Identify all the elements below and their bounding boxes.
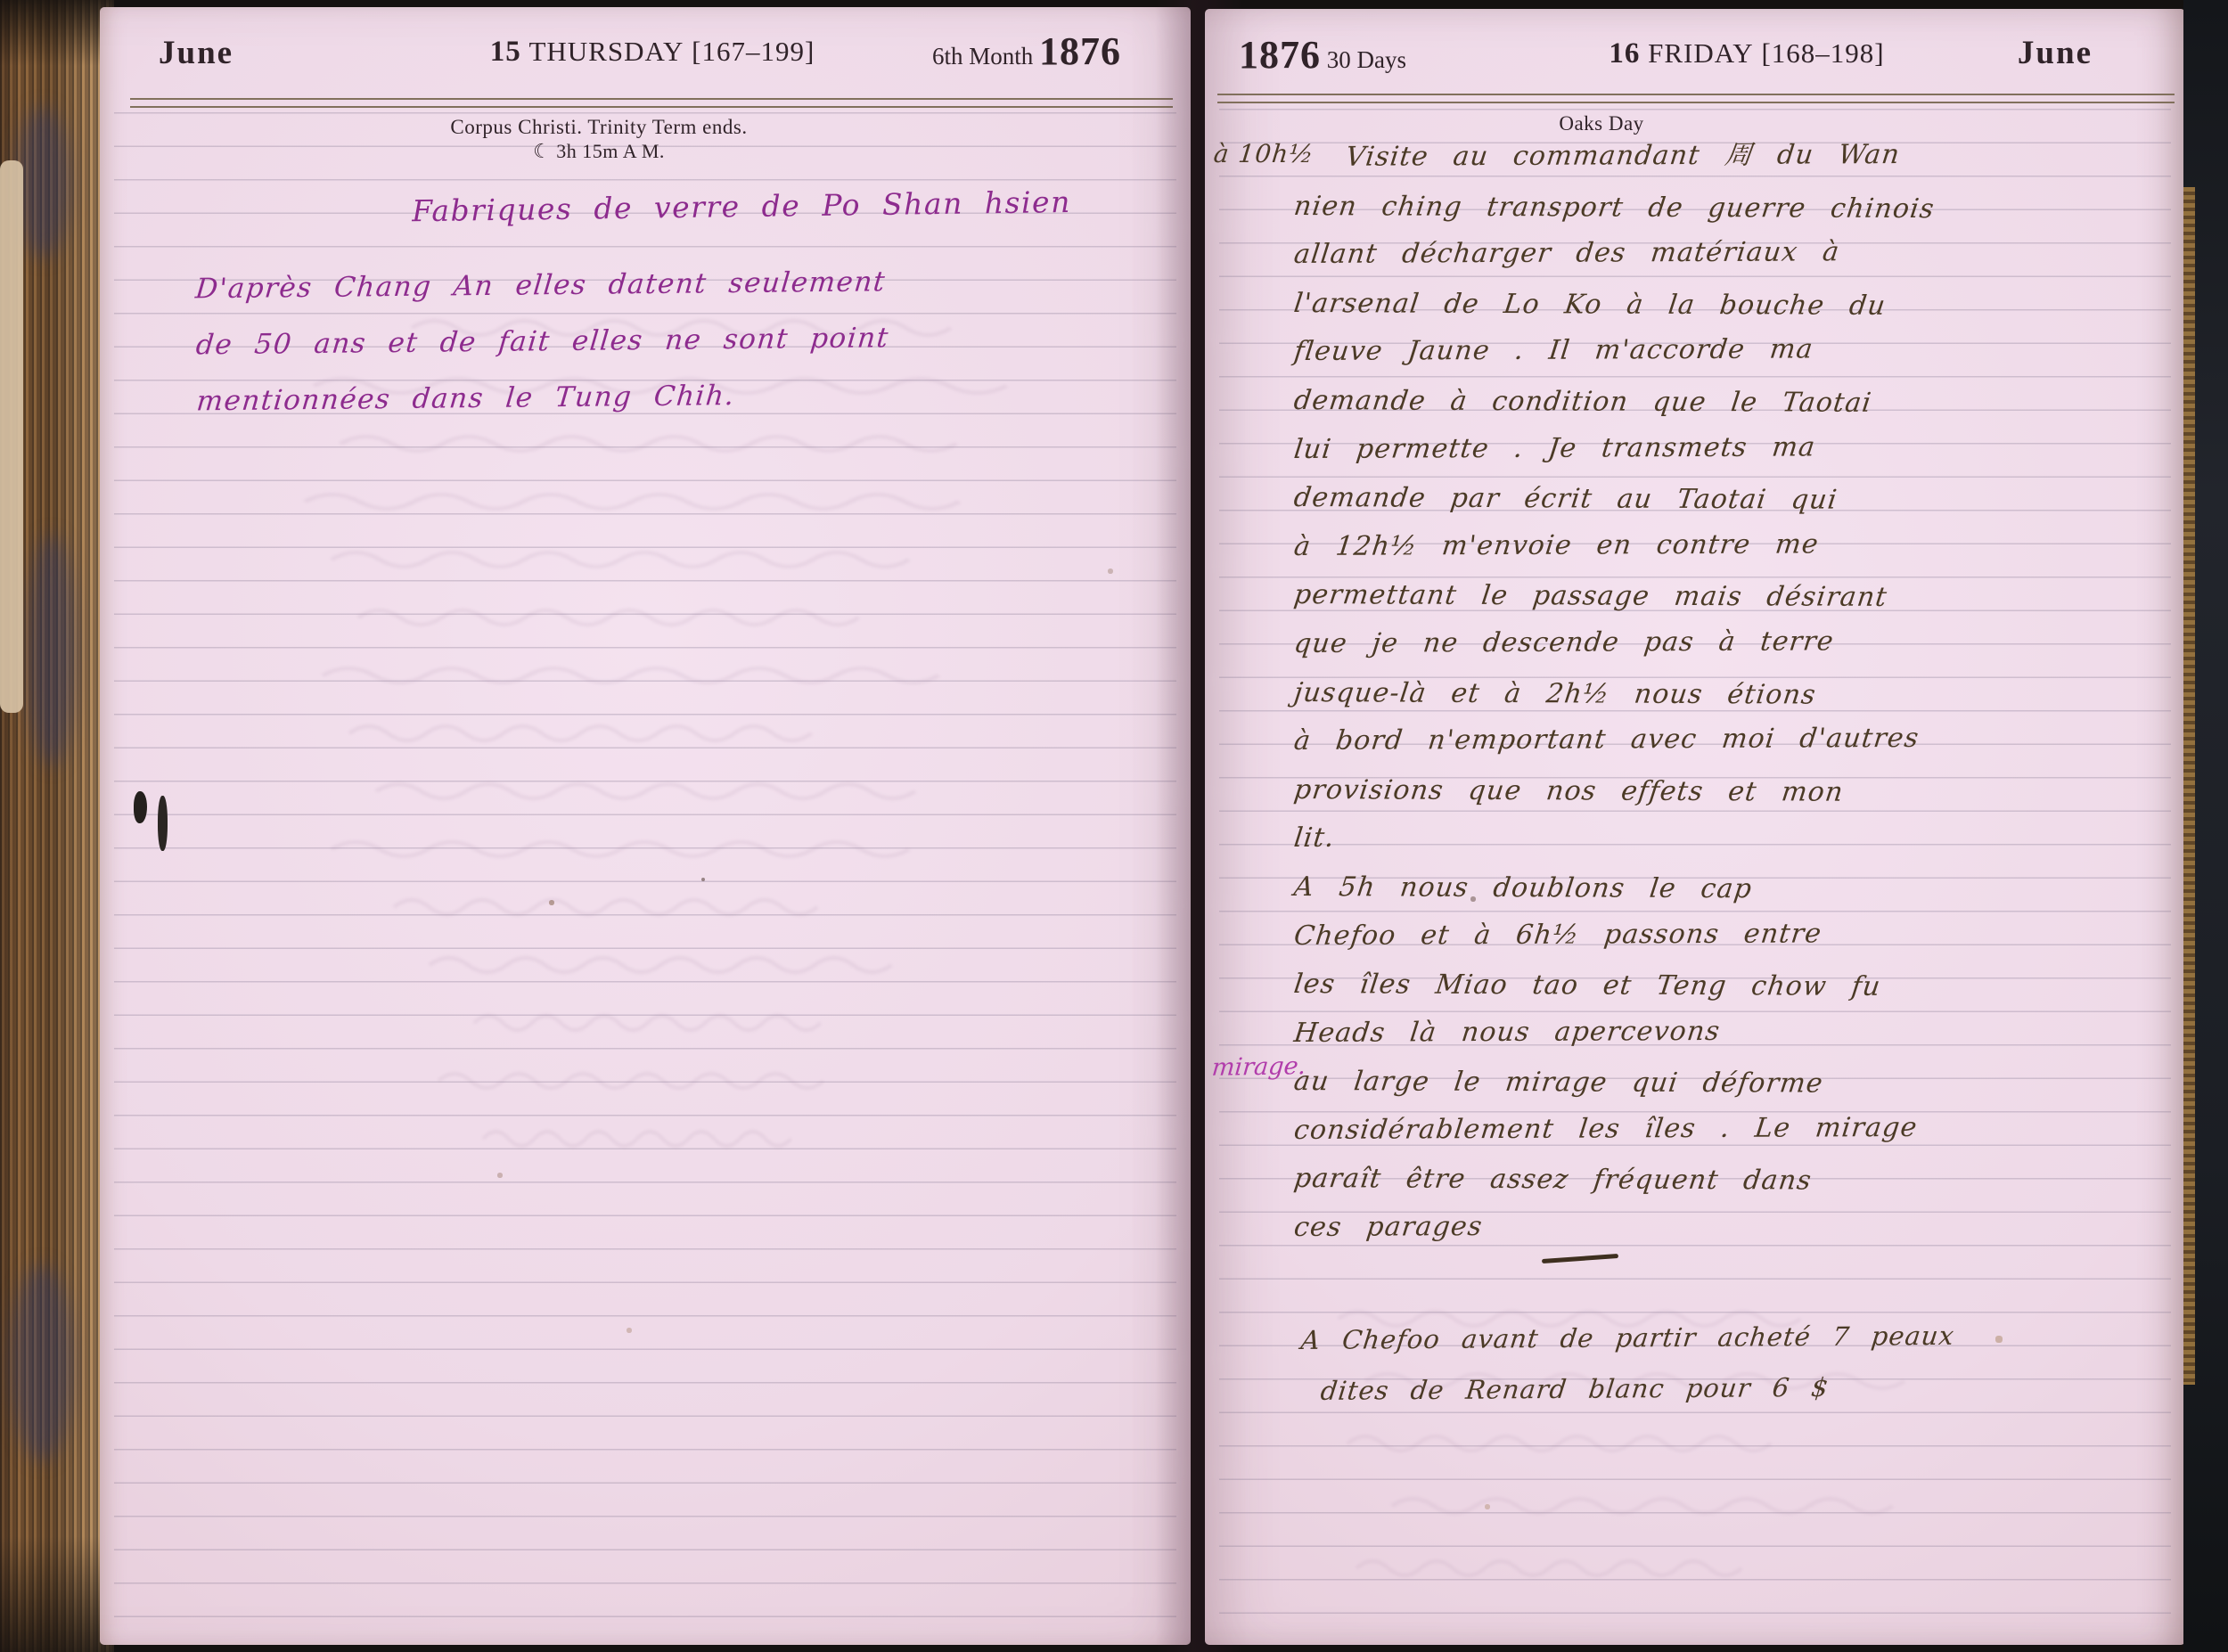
entry-line: lit. <box>1291 811 2189 863</box>
entry-line: Visite au commandant 周 du Wan <box>1291 130 2189 183</box>
entry-line: A 5h nous doublons le cap <box>1291 863 2188 916</box>
diary-scan: June 15 THURSDAY [167–199] 6th Month 187… <box>0 0 2228 1652</box>
day-span: [167–199] <box>692 36 815 67</box>
entry-line: à bord n'emportant avec moi d'autres <box>1291 714 2189 766</box>
header-rule <box>1217 94 2175 103</box>
header-rule <box>130 98 1173 108</box>
entry-line: considérablement les îles . Le mirage <box>1291 1103 2189 1156</box>
entry-line: que je ne descende pas à terre <box>1291 617 2189 669</box>
page-edge-sliver <box>0 160 23 713</box>
entry-line: de 50 ans et de fait elles ne sont point <box>193 308 1108 374</box>
ink-stain <box>11 1265 73 1461</box>
day-number: 16 <box>1609 37 1640 70</box>
entry-right-footer: A Chefoo avant de partir acheté 7 peauxd… <box>1301 1315 2157 1417</box>
day-span: [168–198] <box>1761 37 1884 69</box>
year-group-left: 6th Month 1876 <box>932 29 1121 74</box>
ink-stain <box>16 107 70 258</box>
foxing-specks <box>0 0 2 2</box>
entry-line: A Chefoo avant de partir acheté 7 peaux <box>1298 1309 2160 1366</box>
entry-right: Visite au commandant 周 du Wannien ching … <box>1294 134 2185 1253</box>
entry-line: demande par écrit au Taotai qui <box>1291 474 2188 527</box>
entry-line: lui permette . Je transmets ma <box>1291 421 2189 474</box>
ink-stain <box>27 535 76 766</box>
calendar-note: Corpus Christi. Trinity Term ends. <box>332 116 866 139</box>
day-title-right: 16 FRIDAY [168–198] <box>1524 37 1970 70</box>
entry-line: à 12h½ m'envoie en contre me <box>1291 519 2189 571</box>
page-edge-gilt <box>2183 187 2195 1385</box>
day-name: FRIDAY <box>1648 37 1754 69</box>
entry-line: D'après Chang An elles datent seulement <box>192 252 1107 318</box>
page-left: June 15 THURSDAY [167–199] 6th Month 187… <box>100 7 1191 1645</box>
moon-phase-note: ☾ 3h 15m A M. <box>332 140 866 163</box>
entry-line: ces parages <box>1291 1200 2189 1253</box>
show-through-ghost <box>207 274 1143 1433</box>
entry-line: les îles Miao tao et Teng chow fu <box>1291 961 2188 1013</box>
day-name: THURSDAY <box>528 36 684 67</box>
moon-icon: ☾ <box>533 140 551 162</box>
year: 1876 <box>1239 33 1321 77</box>
entry-line: dites de Renard blanc pour 6 $ <box>1298 1360 2160 1417</box>
month-ordinal: 6th Month <box>932 43 1033 70</box>
day-count: 30 Days <box>1327 46 1406 73</box>
entry-line: fleuve Jaune . Il m'accorde ma <box>1291 324 2189 377</box>
entry-line: mentionnées dans le Tung Chih. <box>194 364 1109 430</box>
entry-line: Chefoo et à 6h½ passons entre <box>1291 908 2189 961</box>
month-label-left: June <box>159 34 233 72</box>
entry-line: Heads là nous apercevons <box>1291 1005 2189 1058</box>
moon-time: 3h 15m A M. <box>556 140 665 162</box>
page-right: 1876 30 Days 16 FRIDAY [168–198] June Oa… <box>1205 9 2185 1645</box>
entry-left: D'après Chang An elles datent seulementd… <box>195 252 1106 430</box>
ink-blot <box>158 796 168 851</box>
day-title-left: 15 THURSDAY [167–199] <box>421 36 884 69</box>
day-number: 15 <box>490 36 521 68</box>
book-cover-right <box>2183 0 2228 1652</box>
entry-line: allant décharger des matériaux à <box>1291 227 2189 280</box>
entry-line: demande à condition que le Taotai <box>1291 377 2188 429</box>
entry-title-left: Fabriques de verre de Po Shan hsien <box>189 183 1178 231</box>
year: 1876 <box>1039 29 1121 73</box>
entry-divider <box>1542 1254 1618 1264</box>
month-label-right: June <box>2018 34 2093 72</box>
year-group-right: 1876 30 Days <box>1239 32 1406 78</box>
